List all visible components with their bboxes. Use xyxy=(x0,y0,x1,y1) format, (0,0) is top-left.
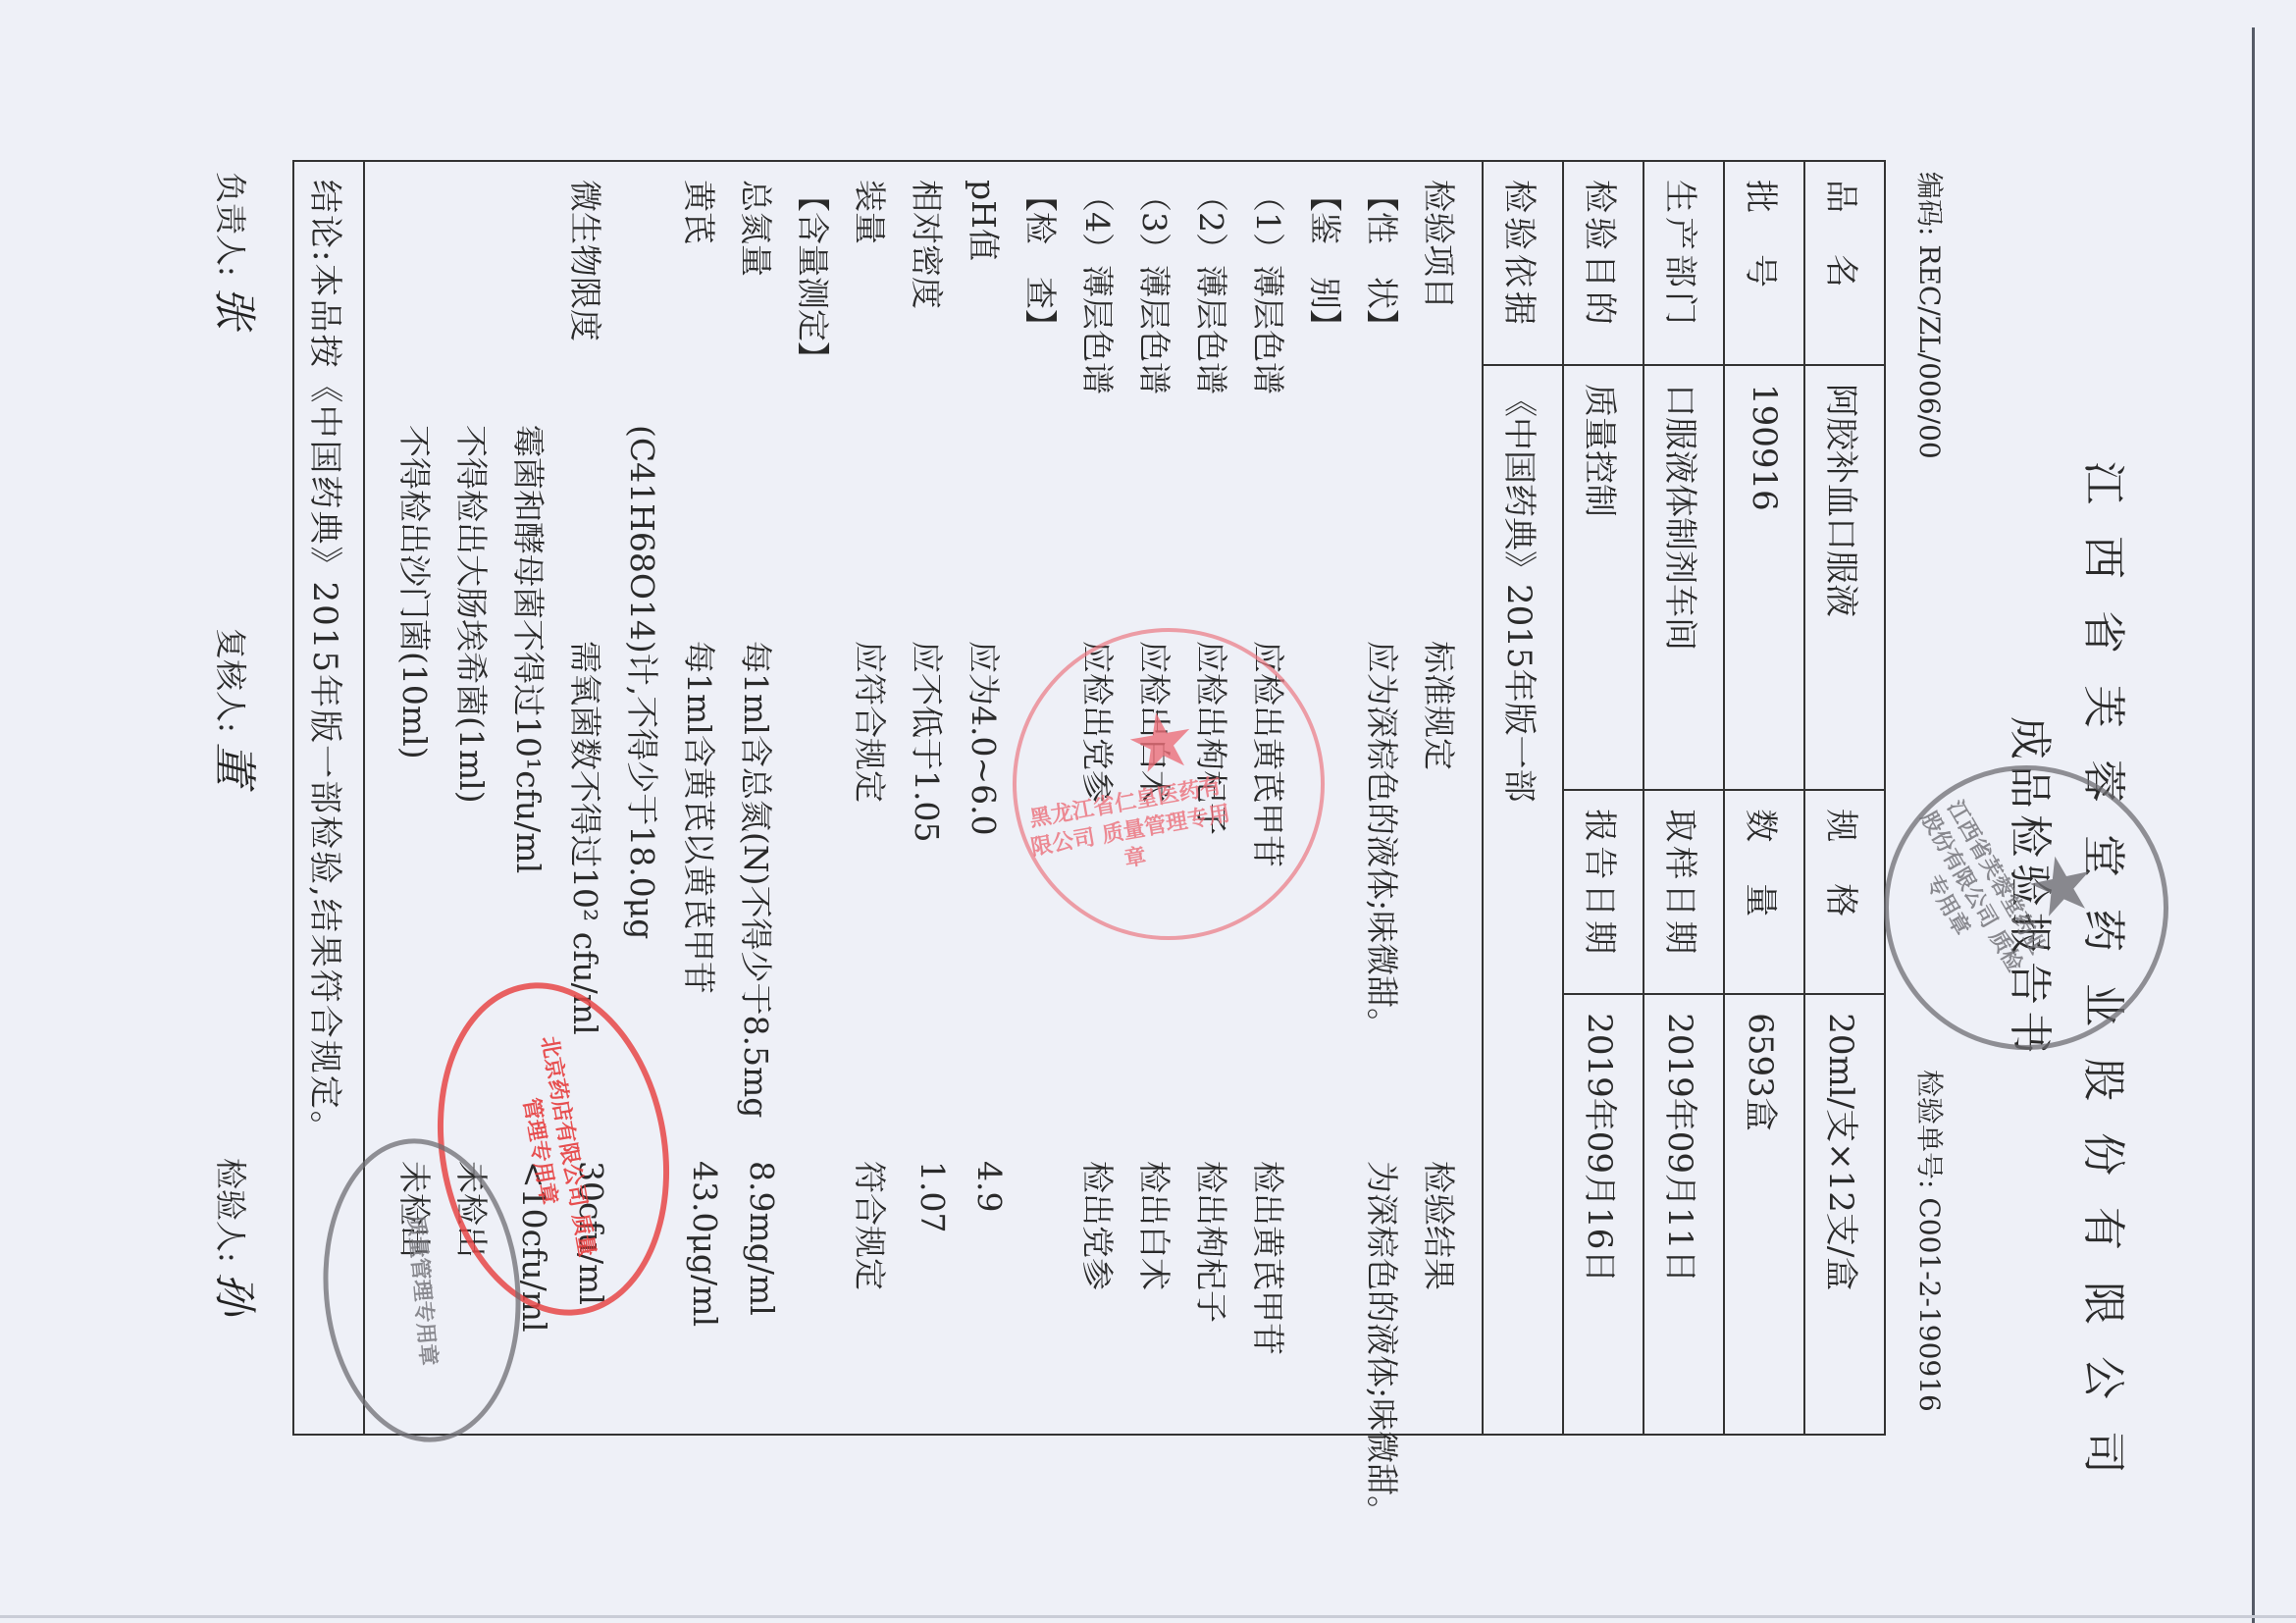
report-date-label: 报告日期 xyxy=(1563,790,1644,994)
purpose: 质量控制 xyxy=(1563,365,1644,790)
reviewer-label: 复核人: xyxy=(212,628,249,733)
test-item: 相对密度 xyxy=(906,180,952,309)
test-row: 【含量测定】 xyxy=(781,180,838,1416)
test-item: pH值 xyxy=(963,180,1009,261)
basis: 《中国药典》2015年版一部 xyxy=(1483,365,1563,1435)
code-value: REC/ZL/006/00 xyxy=(1913,244,1946,458)
responsible-label: 负责人: xyxy=(212,172,249,277)
reviewer-sig: 董 xyxy=(209,743,259,786)
quantity: 6593盒 xyxy=(1724,994,1804,1435)
test-standard: 不得检出沙门菌(10ml) xyxy=(393,425,440,759)
test-result: 为深棕色的液体;味微甜。 xyxy=(1361,1161,1407,1528)
test-standard: 每1ml含总氮(N)不得少于8.5mg xyxy=(735,641,781,1118)
test-standard: 应符合规定 xyxy=(849,641,895,803)
test-item: （3）薄层色谱 xyxy=(1133,180,1179,394)
product-name-label: 品 名 xyxy=(1804,161,1885,365)
inspector-signature: 检验人:孙 xyxy=(207,1158,270,1316)
test-row: 装量应符合规定符合规定 xyxy=(838,180,895,1416)
company-qc-stamp: ★江西省芙蓉堂药业股份有限公司 质检专用章 xyxy=(1832,713,2220,1102)
dept-label: 生产部门 xyxy=(1644,161,1724,365)
test-standard: 应不低于1.05 xyxy=(906,641,952,842)
test-item: （4）薄层色谱 xyxy=(1076,180,1122,394)
test-standard: 需氧菌数不得过10² cfu/ml xyxy=(564,641,610,1035)
test-item: 黄芪 xyxy=(678,180,724,244)
test-item: 微生物限度 xyxy=(564,180,610,341)
test-result: 检出白术 xyxy=(1133,1161,1179,1290)
test-item: 【检 查】 xyxy=(1019,180,1066,341)
test-result: 符合规定 xyxy=(849,1161,895,1290)
batch-label: 批 号 xyxy=(1724,161,1804,365)
test-result: 检出党参 xyxy=(1076,1161,1122,1290)
test-item: （1）薄层色谱 xyxy=(1247,180,1293,394)
test-result: 检出黄芪甲苷 xyxy=(1247,1161,1293,1355)
test-item: 【含量测定】 xyxy=(792,180,838,374)
basis-label: 检验依据 xyxy=(1483,161,1563,365)
responsible-sig: 张 xyxy=(209,287,259,330)
test-standard: 不得检出大肠埃希菌(1ml) xyxy=(450,425,496,804)
test-item: 【鉴 别】 xyxy=(1304,180,1350,341)
sample-date-label: 取样日期 xyxy=(1644,790,1724,994)
inspector-sig: 孙 xyxy=(209,1273,259,1316)
test-item: （2）薄层色谱 xyxy=(1190,180,1236,394)
header-item: 检验项目 xyxy=(1418,180,1464,309)
reviewer-signature: 复核人:董 xyxy=(207,628,270,786)
product-name: 阿胶补血口服液 xyxy=(1804,365,1885,790)
test-standard: 应为4.0~6.0 xyxy=(963,641,1009,836)
info-row: 批 号 190916 数 量 6593盒 xyxy=(1724,161,1804,1435)
test-result: 检出枸杞子 xyxy=(1190,1161,1236,1323)
test-item: 【性 状】 xyxy=(1361,180,1407,341)
sample-date: 2019年09月11日 xyxy=(1644,994,1724,1435)
report-no-label: 检验单号: xyxy=(1913,1070,1946,1188)
report-date: 2019年09月16日 xyxy=(1563,994,1644,1435)
test-standard: 每1ml含黄芪以黄芪甲苷 xyxy=(678,641,724,994)
header-result: 检验结果 xyxy=(1418,1161,1464,1290)
code-label: 编码: xyxy=(1913,172,1946,236)
test-row: 【性 状】应为深棕色的液体;味微甜。为深棕色的液体;味微甜。 xyxy=(1350,180,1407,1416)
test-standard: 应为深棕色的液体;味微甜。 xyxy=(1361,641,1407,1040)
batch: 190916 xyxy=(1724,365,1804,790)
test-standard: (C41H68O14)计,不得少于18.0μg xyxy=(621,425,667,939)
spec-label: 规 格 xyxy=(1804,790,1885,994)
purpose-label: 检验目的 xyxy=(1563,161,1644,365)
report-number: 检验单号: C001-2-190916 xyxy=(1911,1070,1951,1412)
tests-header: 检验项目 标准规定 检验结果 xyxy=(1407,180,1464,1416)
test-row: 黄芪每1ml含黄芪以黄芪甲苷43.0μg/ml xyxy=(667,180,724,1416)
responsible-signature: 负责人:张 xyxy=(207,172,270,330)
test-row: 相对密度应不低于1.051.07 xyxy=(895,180,952,1416)
inspection-report-page: 江西省芙蓉堂药业股份有限公司 成品检验报告书 编码: REC/ZL/006/00… xyxy=(0,0,2296,1623)
test-item: 装量 xyxy=(849,180,895,244)
test-result: 4.9 xyxy=(970,1161,1009,1212)
header-standard: 标准规定 xyxy=(1418,641,1464,770)
info-row: 检验依据 《中国药典》2015年版一部 xyxy=(1483,161,1563,1435)
test-standard: 霉菌和酵母菌不得过10¹cfu/ml xyxy=(507,425,553,873)
test-row: pH值应为4.0~6.04.9 xyxy=(952,180,1009,1416)
test-item: 总氮量 xyxy=(735,180,781,277)
info-row: 品 名 阿胶补血口服液 规 格 20ml/支×12支/盒 xyxy=(1804,161,1885,1435)
spec: 20ml/支×12支/盒 xyxy=(1804,994,1885,1435)
test-result: 43.0μg/ml xyxy=(686,1161,724,1327)
quantity-label: 数 量 xyxy=(1724,790,1804,994)
test-result: 8.9mg/ml xyxy=(743,1161,781,1316)
info-row: 生产部门 口服液体制剂车间 取样日期 2019年09月11日 xyxy=(1644,161,1724,1435)
test-row: 总氮量每1ml含总氮(N)不得少于8.5mg8.9mg/ml xyxy=(724,180,781,1416)
test-result: 1.07 xyxy=(913,1161,952,1232)
dept: 口服液体制剂车间 xyxy=(1644,365,1724,790)
info-row: 检验目的 质量控制 报告日期 2019年09月16日 xyxy=(1563,161,1644,1435)
inspector-label: 检验人: xyxy=(212,1158,249,1263)
report-no-value: C001-2-190916 xyxy=(1913,1197,1946,1412)
